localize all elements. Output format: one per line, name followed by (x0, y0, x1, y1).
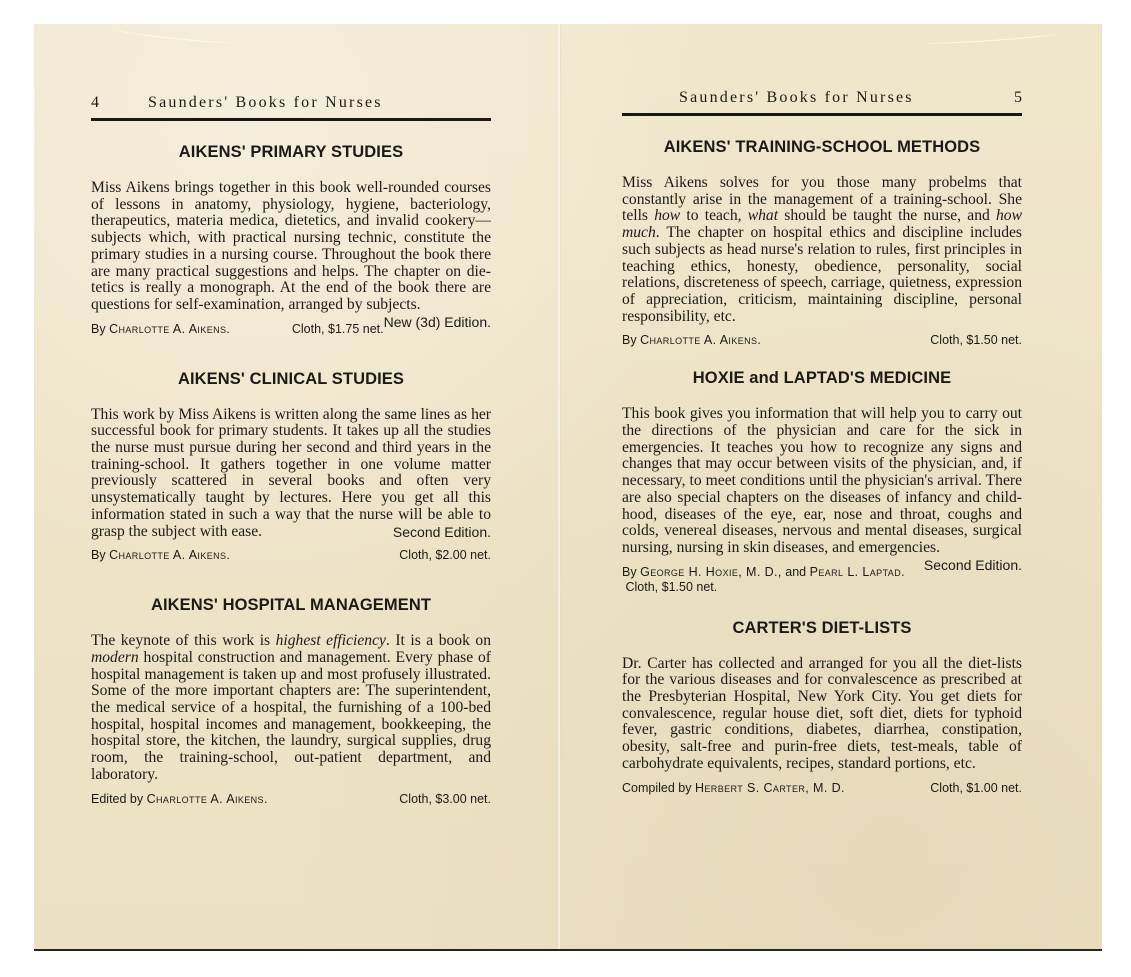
book-entry: AIKENS' TRAINING-SCHOOL METHODS Miss Aik… (622, 138, 1022, 347)
price: Cloth, $1.75 net. (292, 322, 384, 336)
book-description: This work by Miss Aikens is written alon… (91, 407, 491, 541)
price: Cloth, $2.00 net. (399, 548, 491, 562)
book-description: Miss Aikens brings together in this book… (91, 180, 491, 314)
byline: By Charlotte A. Aikens. Cloth, $2.00 net… (91, 548, 491, 562)
author-name: Charlotte A. Aikens. (109, 548, 230, 562)
author-line: By Charlotte A. Aikens. (622, 333, 761, 347)
running-head-title: Saunders' Books for Nurses (679, 89, 914, 107)
price: Cloth, $1.50 net. (930, 333, 1022, 347)
price: Cloth, $3.00 net. (399, 792, 491, 806)
byline: By Charlotte A. Aikens. Cloth, $1.50 net… (622, 333, 1022, 347)
book-description: The keynote of this work is highest effi… (91, 633, 491, 783)
author-line: Edited by Charlotte A. Aikens. (91, 792, 268, 806)
book-title: CARTER'S DIET-LISTS (622, 619, 1022, 638)
price: Cloth, $1.50 net. (625, 580, 717, 594)
byline: Compiled by Herbert S. Carter, M. D. Clo… (622, 781, 1022, 795)
running-head: 4 Saunders' Books for Nurses (91, 94, 491, 118)
center-fold (558, 24, 561, 949)
running-head: Saunders' Books for Nurses 5 (622, 89, 1022, 113)
author-name: George H. Hoxie, M. D., (640, 565, 782, 579)
page-number: 5 (1014, 89, 1022, 107)
book-title: AIKENS' HOSPITAL MANAGEMENT (91, 596, 491, 615)
edition-note: Second Edition. (393, 524, 491, 541)
price: Cloth, $1.00 net. (930, 781, 1022, 795)
running-head-title: Saunders' Books for Nurses (148, 94, 383, 112)
byline: Edited by Charlotte A. Aikens. Cloth, $3… (91, 792, 491, 806)
header-rule (91, 118, 491, 121)
author-name: Charlotte A. Aikens. (109, 322, 230, 336)
book-title: AIKENS' TRAINING-SCHOOL METHODS (622, 138, 1022, 157)
book-entry: AIKENS' PRIMARY STUDIES Miss Aikens brin… (91, 143, 491, 336)
right-page: Saunders' Books for Nurses 5 AIKENS' TRA… (622, 24, 1022, 795)
edition-note: New (3d) Edition. (384, 314, 491, 331)
book-description: Dr. Carter has collected and arranged fo… (622, 656, 1022, 773)
author-line: By Charlotte A. Aikens. (91, 322, 230, 336)
author-line: By Charlotte A. Aikens. (91, 548, 230, 562)
book-title: AIKENS' CLINICAL STUDIES (91, 370, 491, 389)
book-entry: AIKENS' HOSPITAL MANAGEMENT The keynote … (91, 596, 491, 805)
book-title: AIKENS' PRIMARY STUDIES (91, 143, 491, 162)
author-name: Charlotte A. Aikens. (640, 333, 761, 347)
book-entry: AIKENS' CLINICAL STUDIES This work by Mi… (91, 370, 491, 563)
header-rule (622, 113, 1022, 116)
author-line: Compiled by Herbert S. Carter, M. D. (622, 781, 845, 795)
book-description: This book gives you information that wil… (622, 406, 1022, 556)
byline: By Charlotte A. Aikens. Cloth, $1.75 net… (91, 322, 384, 336)
book-description: Miss Aikens solves for you those many pr… (622, 175, 1022, 325)
book-title: HOXIE and LAPTAD'S MEDICINE (622, 369, 1022, 388)
page-number: 4 (91, 94, 99, 112)
author-name: Charlotte A. Aikens. (147, 792, 268, 806)
author-name: Herbert S. Carter, M. D. (695, 781, 845, 795)
edition-note: Second Edition. (924, 557, 1022, 574)
author-name: Pearl L. Laptad. (810, 565, 905, 579)
book-entry: HOXIE and LAPTAD'S MEDICINE This book gi… (622, 369, 1022, 594)
catalog-sheet: 4 Saunders' Books for Nurses AIKENS' PRI… (34, 24, 1102, 949)
book-entry: CARTER'S DIET-LISTS Dr. Carter has colle… (622, 619, 1022, 795)
left-page: 4 Saunders' Books for Nurses AIKENS' PRI… (91, 24, 491, 806)
